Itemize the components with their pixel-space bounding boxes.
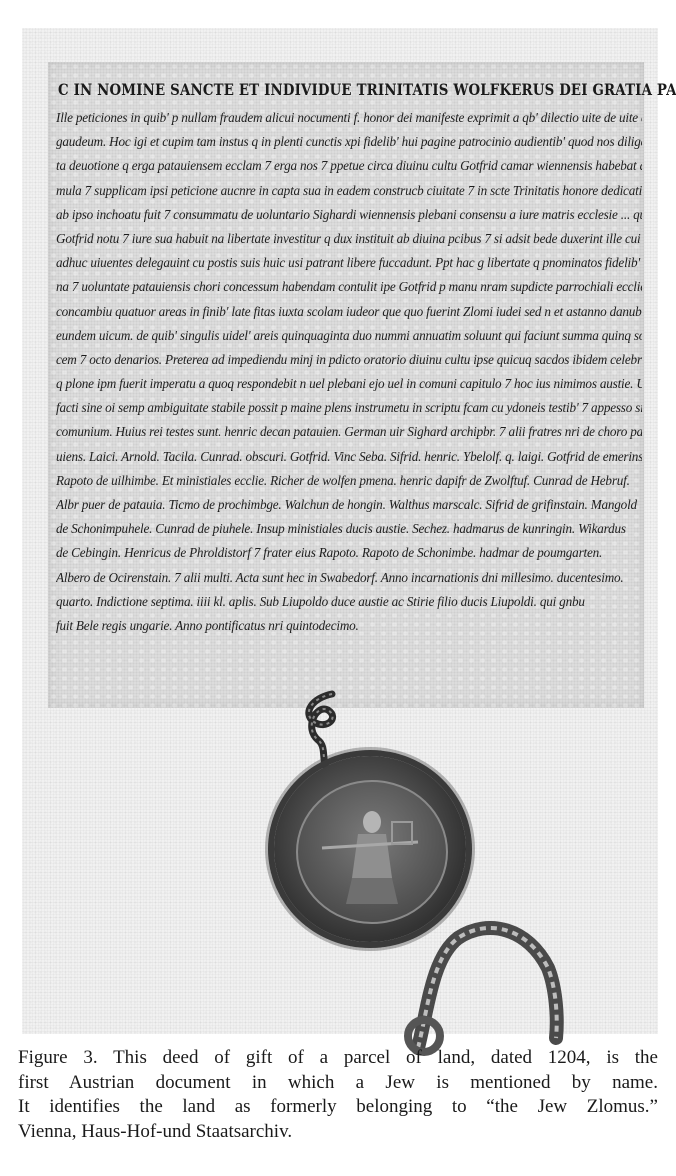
charter-line: Albr puer de patauia. Ticmo de prochimbg… [56, 493, 642, 517]
charter-line: adhuc uiuentes delegauint cu postis suis… [56, 251, 642, 275]
charter-line: eundem uicum. de quib' singulis uidel' a… [56, 324, 642, 348]
caption-line: It identifies the land as formerly belon… [18, 1095, 658, 1120]
charter-line: concambiu quatuor areas in finib' late f… [56, 300, 642, 324]
charter-line: ab ipso inchoatu fuit 7 consummatu de uo… [56, 203, 642, 227]
charter-line: cem 7 octo denarios. Preterea ad impedie… [56, 348, 642, 372]
charter-line: Gotfrid notu 7 iure sua habuit na libert… [56, 227, 642, 251]
charter-line: comunium. Huius rei testes sunt. henric … [56, 420, 642, 444]
charter-line: na 7 uoluntate patauiensis chori concess… [56, 275, 642, 299]
seal-cord-icon [292, 688, 362, 768]
charter-line: Ille peticiones in quib' p nullam fraude… [56, 106, 642, 130]
charter-line: de Cebingin. Henricus de Phroldistorf 7 … [56, 541, 642, 565]
charter-line: uiens. Laici. Arnold. Tacila. Cunrad. ob… [56, 445, 642, 469]
charter-line: Albero de Ocirenstain. 7 alii multi. Act… [56, 566, 642, 590]
charter-line: fuit Bele regis ungarie. Anno pontificat… [56, 614, 642, 638]
charter-parchment: C IN NOMINE SANCTE ET INDIVIDUE TRINITAT… [48, 62, 644, 708]
figure-caption: Figure 3. This deed of gift of a parcel … [18, 1046, 658, 1144]
charter-line: gaudeum. Hoc igi et cupim tam instus q i… [56, 130, 642, 154]
charter-line: Rapoto de uilhimbe. Et ministiales eccli… [56, 469, 642, 493]
charter-line: mula 7 supplicam ipsi peticione aucnre i… [56, 179, 642, 203]
seal-tassel-icon [398, 888, 598, 1058]
photograph-plate: C IN NOMINE SANCTE ET INDIVIDUE TRINITAT… [22, 28, 658, 1034]
caption-line: Figure 3. This deed of gift of a parcel … [18, 1046, 658, 1071]
charter-text-block: Ille peticiones in quib' p nullam fraude… [56, 106, 642, 638]
charter-invocation-line: C IN NOMINE SANCTE ET INDIVIDUE TRINITAT… [58, 80, 557, 99]
charter-line: ta deuotione q erga patauiensem ecclam 7… [56, 154, 642, 178]
caption-line: first Austrian document in which a Jew i… [18, 1071, 658, 1096]
caption-line: Vienna, Haus-Hof-und Staatsarchiv. [18, 1120, 658, 1145]
charter-line: de Schonimpuhele. Cunrad de piuhele. Ins… [56, 517, 642, 541]
charter-line: quarto. Indictione septima. iiii kl. apl… [56, 590, 642, 614]
charter-line: facti sine oi semp ambiguitate stabile p… [56, 396, 642, 420]
charter-line: q plone ipm fuerit imperatu a quoq respo… [56, 372, 642, 396]
